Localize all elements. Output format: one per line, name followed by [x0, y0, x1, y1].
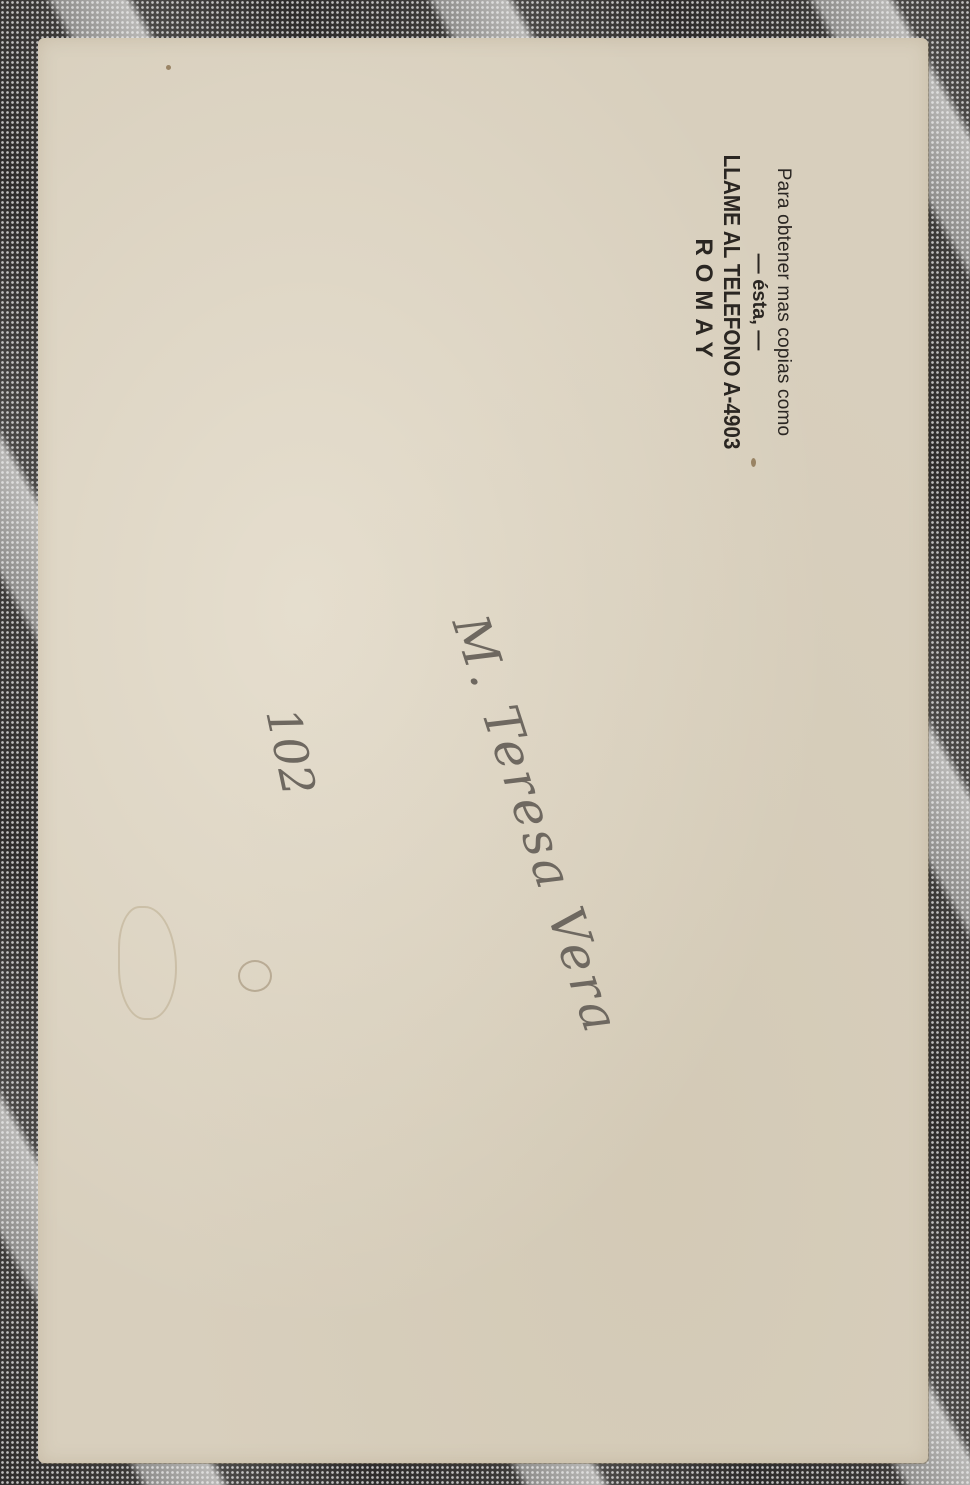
water-stain	[118, 906, 177, 1020]
ink-spot	[166, 65, 171, 70]
stamp-line-2: — ésta, —	[747, 102, 771, 502]
handwritten-name: M. Teresa Vera	[441, 608, 631, 1042]
stamp-line-3: LLAME AL TELEFONO A-4903	[717, 122, 747, 482]
photo-card-back: Para obtener mas copias como — ésta, — L…	[38, 38, 928, 1463]
handwritten-number: 102	[255, 703, 326, 800]
photographer-stamp: Para obtener mas copias como — ésta, — L…	[689, 102, 795, 502]
stamp-line-1: Para obtener mas copias como	[771, 102, 795, 502]
ring-stain	[238, 960, 272, 992]
stamp-studio-name: ROMAY	[689, 102, 717, 502]
